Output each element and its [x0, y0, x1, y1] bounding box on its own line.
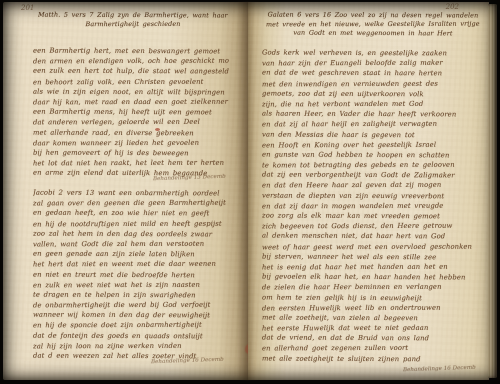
page-edges-stack [488, 4, 497, 378]
right-page-signature: Behandelinge 16 Decemb [403, 365, 476, 374]
handwriting-line: al denken menschen niet, dat haar hert v… [262, 231, 480, 242]
handwriting-line: en hij de sponcie doet zijn onbarmhertig… [33, 320, 229, 331]
handwriting-line: Barmhertigheijt geschieden [38, 20, 228, 30]
handwriting-line: en zulk en weet niet wat het is zijn naa… [33, 279, 229, 290]
handwriting-line: en niet en treurt met die bedroefde hert… [33, 269, 229, 280]
handwriting-line: en dat de wet geschreven staat in haare … [262, 68, 480, 79]
handwriting-line: daar komen wanneer zij lieden het gevoel… [33, 137, 229, 148]
right-page: 202 Galaten 6 vers 16 Zoo veel zo zij na… [248, 2, 489, 380]
handwriting-line: den eersten Huwelijk weet lib en ondertr… [262, 302, 480, 313]
left-page: 201 Matth. 5 vers 7 Zalig zyn de Barmher… [3, 2, 248, 380]
handwriting-line: verstaan de diepten van zijn eeuwig vree… [262, 190, 480, 201]
left-page-paragraph-1: een Barmhertig hert, met een beswangert … [33, 46, 229, 178]
handwriting-line: zoo zal het hem in den dag des oordeels … [33, 228, 229, 239]
left-page-signature-1: Behandelinge 13 Decemb [153, 174, 226, 183]
handwriting-line: en allerhand goet zegenen zullen voort [262, 343, 480, 354]
left-page-number: 201 [21, 4, 34, 12]
open-book: 201 Matth. 5 vers 7 Zalig zyn de Barmher… [0, 0, 500, 384]
handwriting-line: weet of haar geest werd met een overvloe… [262, 241, 480, 252]
handwriting-line: een zulk een hert tot hulp, die staat we… [33, 66, 229, 77]
handwriting-line: dat anderen verlegen, geloerde wil een D… [33, 117, 229, 128]
handwriting-line: en gedaan heeft, en zoo wie hier niet en… [33, 208, 229, 219]
handwriting-line: met alle zoetigheijt te sluijten zijnen … [262, 353, 480, 364]
right-page-body: Gods kerk wel verheven is, en geestelijk… [262, 48, 480, 364]
handwriting-line: met den inwendigen en vernieuwden geest … [262, 78, 480, 89]
handwriting-line: om hem te zien gelijk hij is in eeuwighe… [262, 292, 480, 303]
handwriting-line: dat de fonteijn des goeds en quaads onts… [33, 330, 229, 341]
manuscript-photo: 201 Matth. 5 vers 7 Zalig zyn de Barmher… [0, 0, 500, 384]
handwriting-line: en dat zij al haar heijl en zaligheijt v… [262, 119, 480, 130]
handwriting-line: van Godt en met weggenoomen in haar Hert [266, 29, 480, 39]
handwriting-line: van den Messias die haar is gegeven tot [262, 129, 480, 140]
handwriting-line: met allerhande raad, en diverse gebreeke… [33, 127, 229, 138]
handwriting-line: als wie in zijn eigen noot, en altijt wi… [33, 86, 229, 97]
red-ink-speck [155, 128, 160, 131]
left-page-header: Matth. 5 vers 7 Zalig zyn de Barmhertige… [38, 11, 228, 29]
handwriting-line: de zielen die haar Heer beminnen en verl… [262, 282, 480, 293]
handwriting-line: en hij de nootdruftigen niet mild en hee… [33, 218, 229, 229]
handwriting-line: het hert dat niet en weent met die daar … [33, 259, 229, 270]
handwriting-line: en dat den Heere haar zal geven dat zij … [262, 180, 480, 191]
left-page-paragraph-2: Jacobi 2 vers 13 want een onbarmhertigh … [33, 188, 229, 361]
handwriting-line: en behoort zalig volk, een Christen gevo… [33, 76, 229, 87]
left-page-signature-2: Behandelinge 16 Decemb [151, 357, 224, 366]
handwriting-line: een Hooft en Koning over het geestelijk … [262, 139, 480, 150]
right-page-header: Galaten 6 vers 16 Zoo veel zo zij na des… [266, 11, 480, 39]
right-page-number: 202 [446, 3, 459, 11]
